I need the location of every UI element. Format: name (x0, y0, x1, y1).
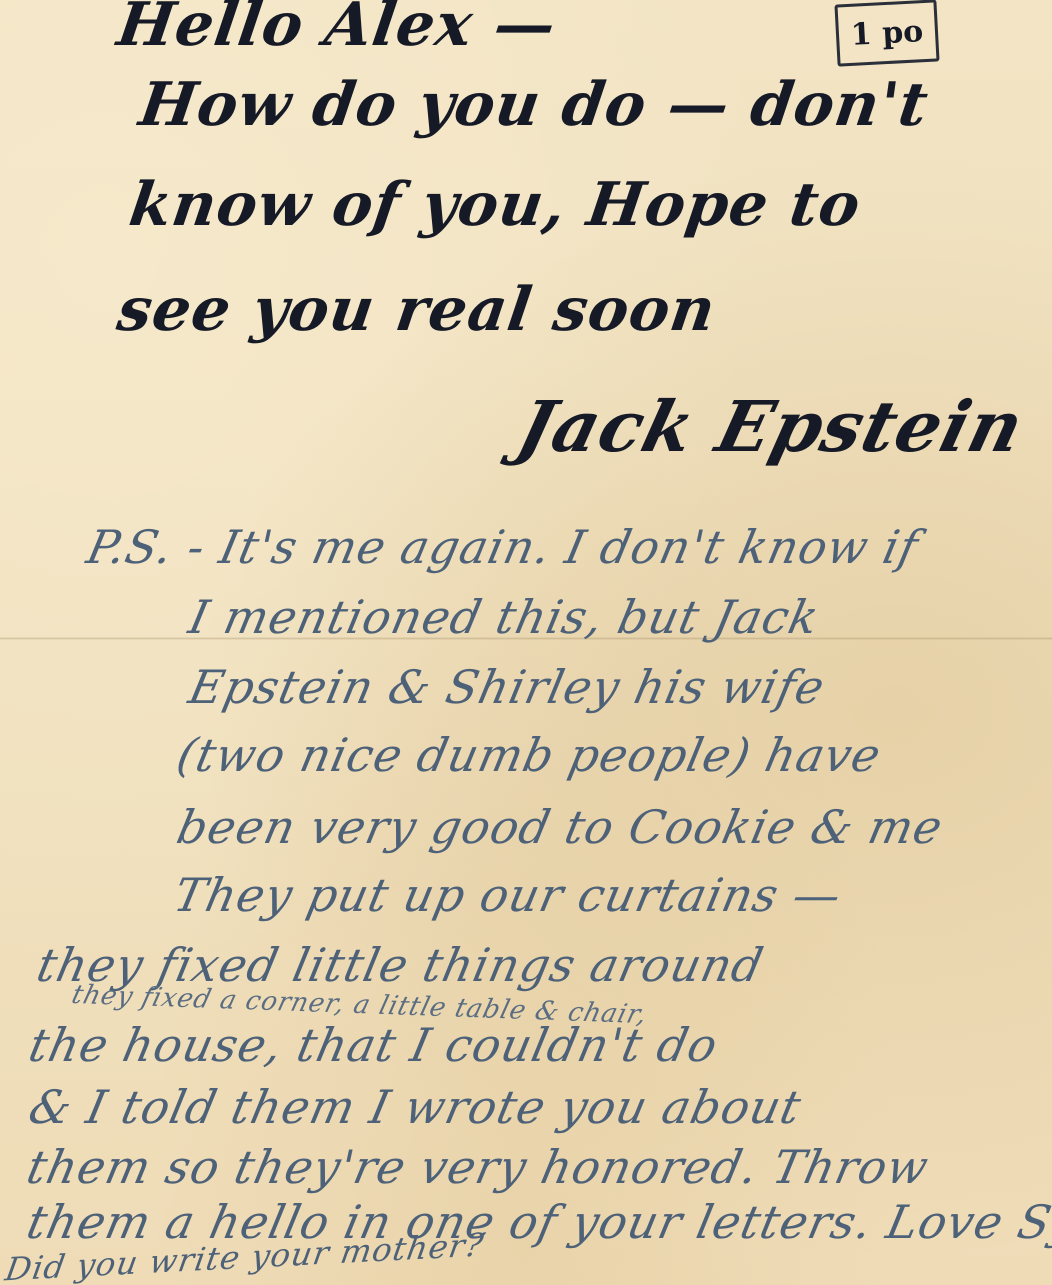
postscript-line-1: P.S. - It's me again. I don't know if (82, 520, 923, 574)
postscript-line-10: them so they're very honored. Throw (22, 1140, 933, 1194)
page-number-label: 1 po (850, 14, 924, 53)
postscript-line-5: been very good to Cookie & me (172, 800, 948, 854)
postscript-line-3: Epstein & Shirley his wife (184, 660, 830, 714)
postscript-line-6: They put up our curtains — (169, 868, 846, 922)
signature: Jack Epstein (510, 385, 1033, 468)
note-line-1: How do you do — don't (135, 70, 933, 140)
note-line-3: see you real soon (113, 275, 720, 345)
letter-page: 1 po Hello Alex — How do you do — don't … (0, 0, 1052, 1285)
note-line-2: know of you, Hope to (125, 170, 865, 240)
postscript-line-4: (two nice dumb people) have (172, 728, 886, 782)
postscript-line-9: & I told them I wrote you about (24, 1080, 806, 1134)
postscript-line-2: I mentioned this, but Jack (184, 590, 824, 644)
page-number-box: 1 po (834, 0, 939, 67)
greeting: Hello Alex — (113, 0, 560, 60)
postscript-line-8: the house, that I couldn't do (24, 1018, 723, 1072)
